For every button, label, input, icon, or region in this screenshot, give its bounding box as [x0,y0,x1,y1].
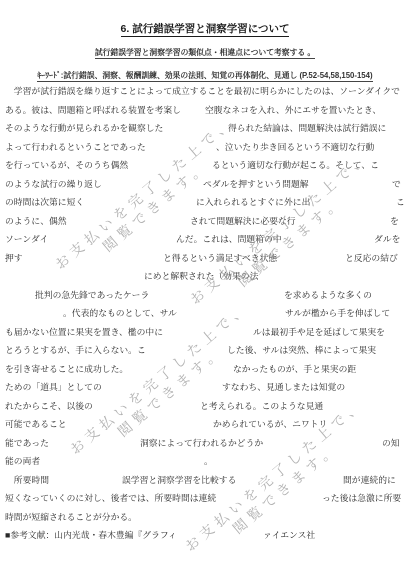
text-line: 時間が短縮されることが分かる。 [0,510,410,522]
text-segment: ■参考文献：山内光哉・春木豊編『グラフィ [5,528,177,541]
text-segment: 誤学習と洞察学習を比較する [122,473,236,486]
text-segment: ダルを [374,232,400,245]
subtitle-text: 試行錯誤学習と洞察学習の類似点・相違点について考察する 。 [95,48,315,59]
text-line: そのような行動が見られるかを観察した得られた結論は、問題解決は試行錯誤に [0,121,410,133]
page-title-text: 6. 試行錯誤学習と洞察学習について [121,23,290,37]
text-segment: 、泣いたり歩き回るという不適切な行動 [216,140,374,153]
text-segment: とろうとするが、手に入らない。こ [5,343,146,356]
text-segment: にめと解釈された（効果の法 [144,269,258,282]
text-segment: で [392,177,401,190]
text-line: のような試行の繰り返しペダルを押すという問題解で [0,177,410,189]
text-segment: ルは最初手や足を延ばして果実を [253,325,385,338]
text-segment: れたからこそ、以後の [5,399,93,412]
text-segment: ソーンダイ [5,232,48,245]
text-segment: を [390,214,399,227]
text-line: よって行われるということであった、泣いたり歩き回るという不適切な行動 [0,140,410,152]
text-segment: こ [396,195,405,208]
text-line: の時間は次第に短くに入れられるとすぐに外に出こ [0,195,410,207]
text-line: を行っているが、そのうち偶然るという適切な行動が起こる。そして、こ [0,158,410,170]
text-segment: 得られた結論は、問題解決は試行錯誤に [228,121,386,134]
text-segment: った後は急激に所要 [322,491,401,504]
text-line: 可能であることかめられているが、ニワトリ [0,417,410,429]
text-segment: 押す [5,251,23,264]
text-segment: のような試行の繰り返し [5,177,102,190]
text-line: 短くなっていくのに対し、後者では、所要時間は連続った後は急激に所要 [0,491,410,503]
text-segment: 学習が試行錯誤を繰り返すことによって成立することを最初に明らかにしたのは、ソーン… [5,84,400,97]
text-segment: に入れられるとすぐに外に出 [196,195,310,208]
keywords-text: ｷｰﾜｰﾄﾞ:試行錯誤、洞察、報酬訓練、効果の法則、知覚の再体制化、見通し (P… [37,71,372,82]
text-segment: よって行われるということであった [5,140,146,153]
text-segment: のように、偶然 [5,214,67,227]
text-segment: を行っているが、そのうち偶然 [5,158,128,171]
text-segment: 。代表的なものとして、サル [63,306,177,319]
text-segment: かめられているが、ニワトリ [213,417,327,430]
subtitle: 試行錯誤学習と洞察学習の類似点・相違点について考察する 。 [0,42,410,60]
text-segment: ァイエンス社 [263,528,315,541]
text-segment: るという適切な行動が起こる。そして、こ [212,158,379,171]
text-segment: も届かない位置に果実を置き、檻の中に [5,325,163,338]
text-line: 。代表的なものとして、サルサルが檻から手を伸ばして [0,306,410,318]
text-segment: なかったものが、手と果実の距 [233,362,356,375]
page-title: 6. 試行錯誤学習と洞察学習について [0,19,410,37]
text-line: にめと解釈された（効果の法 [0,269,410,281]
text-line: とろうとするが、手に入らない。こした後、サルは突然、棒によって果実 [0,343,410,355]
text-segment: した後、サルは突然、棒によって果実 [227,343,376,356]
text-segment: 所要時間 [5,473,49,486]
text-segment: 批判の急先鋒であったケーラ [35,288,149,301]
keywords-line: ｷｰﾜｰﾄﾞ:試行錯誤、洞察、報酬訓練、効果の法則、知覚の再体制化、見通し (P… [0,65,410,83]
text-segment: 短くなっていくのに対し、後者では、所要時間は連続 [5,491,216,504]
text-line: れたからこそ、以後のと考えられる。このような見通 [0,399,410,411]
text-line: ある。彼は、問題箱と呼ばれる装置を考案し空腹なネコを入れ、外にエサを置いたとき、 [0,103,410,115]
text-segment: すなわち、見通しまたは知覚の [222,380,345,393]
text-segment: の知 [382,436,400,449]
text-line: 批判の急先鋒であったケーラを求めるような多くの [0,288,410,300]
text-segment: 能であった [5,436,49,449]
text-segment: 時間が短縮されることが分かる。 [5,510,137,523]
text-line: 学習が試行錯誤を繰り返すことによって成立することを最初に明らかにしたのは、ソーン… [0,84,410,96]
text-segment: 間が連続的に [343,473,396,486]
text-segment: 可能であること [5,417,67,430]
text-segment: サルが檻から手を伸ばして [285,306,390,319]
text-segment: を引き寄せることに成功した。 [5,362,128,375]
text-segment: と考えられる。このような見通 [200,399,323,412]
text-segment: んだ。これは、問題箱の中 [176,232,282,245]
text-segment: ある。彼は、問題箱と呼ばれる装置を考案し [5,103,181,116]
text-segment: ペダルを押すという問題解 [203,177,309,190]
text-segment: 。 [204,454,213,467]
text-line: 押すと得るという満足すべき状態と反応の結び [0,251,410,263]
text-line: ソーンダイんだ。これは、問題箱の中ダルを [0,232,410,244]
text-line: を引き寄せることに成功した。なかったものが、手と果実の距 [0,362,410,374]
document-page: 6. 試行錯誤学習と洞察学習について 試行錯誤学習と洞察学習の類似点・相違点につ… [0,0,410,580]
text-line: ための「道具」としてのすなわち、見通しまたは知覚の [0,380,410,392]
text-segment: そのような行動が見られるかを観察した [5,121,163,134]
text-segment: 能の両者 [5,454,40,467]
text-line: ■参考文献：山内光哉・春木豊編『グラフィァイエンス社 [0,528,410,540]
text-segment: を求めるような多くの [284,288,372,301]
text-segment: 洞察によって行われるかどうか [140,436,263,449]
text-segment: ための「道具」としての [5,380,102,393]
text-segment: の時間は次第に短く [5,195,84,208]
text-line: も届かない位置に果実を置き、檻の中にルは最初手や足を延ばして果実を [0,325,410,337]
text-segment: 空腹なネコを入れ、外にエサを置いたとき、 [205,103,381,116]
text-line: 能の両者。 [0,454,410,466]
text-segment: と得るという満足すべき状態 [163,251,277,264]
text-line: 所要時間誤学習と洞察学習を比較する間が連続的に [0,473,410,485]
text-line: のように、偶然されて問題解決に必要な行を [0,214,410,226]
text-segment: されて問題解決に必要な行 [190,214,296,227]
text-segment: と反応の結び [345,251,398,264]
text-line: 能であった洞察によって行われるかどうかの知 [0,436,410,448]
